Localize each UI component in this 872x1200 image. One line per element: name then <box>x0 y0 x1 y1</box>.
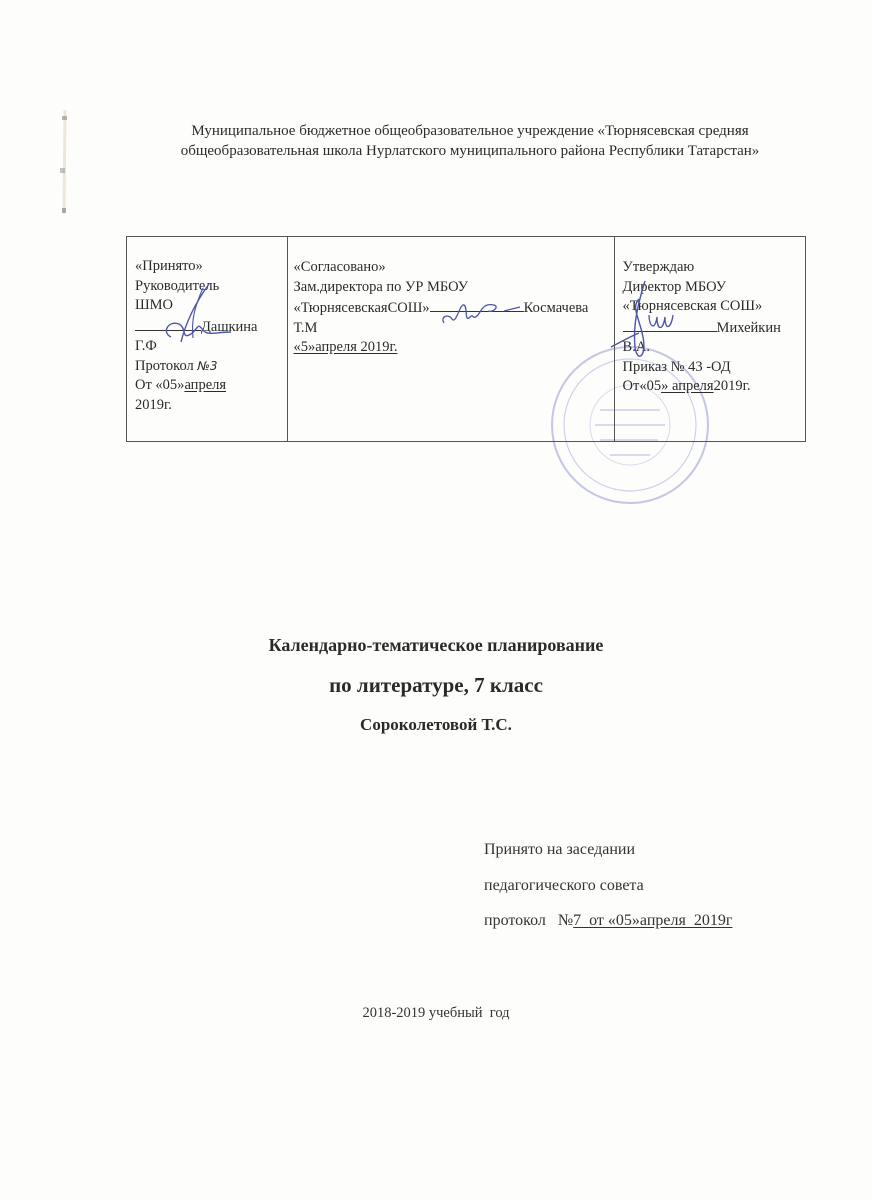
signature-blank <box>430 297 524 312</box>
cell-accepted: «Принято» Руководитель ШМО Дашкина Г.Ф П… <box>127 237 287 441</box>
approved-role: Директор МБОУ <box>623 278 805 298</box>
agreed-org: «ТюрнясевскаяСОШ» <box>294 300 430 316</box>
accepted-date: От «05»апреля <box>135 376 287 396</box>
approved-name: Михейкин <box>717 320 781 336</box>
council-protocol-date: 7 от «05»апреля 2019г <box>573 912 732 929</box>
scan-artifact-mark <box>58 108 72 218</box>
signature-blank <box>135 316 201 331</box>
council-protocol-prefix: протокол № <box>484 912 573 929</box>
date-month: » апреля <box>661 378 713 394</box>
document-author: Сороколетовой Т.С. <box>0 715 872 735</box>
agreed-title: «Согласовано» <box>294 258 614 278</box>
accepted-initials: Г.Ф <box>135 337 287 357</box>
approved-org: «Тюрнясевская СОШ» <box>623 297 805 317</box>
accepted-role: Руководитель <box>135 277 287 297</box>
approval-table: «Принято» Руководитель ШМО Дашкина Г.Ф П… <box>126 236 806 442</box>
date-prefix: От«05 <box>623 378 662 394</box>
institution-header: Муниципальное бюджетное общеобразователь… <box>100 121 840 161</box>
signature-blank <box>623 317 717 332</box>
approved-initials: В.А. <box>623 338 805 358</box>
council-line-2: педагогического совета <box>484 877 644 895</box>
accepted-role-2: ШМО <box>135 296 287 316</box>
accepted-protocol: Протокол №3 <box>135 357 287 377</box>
approved-order: Приказ № 43 -ОД <box>623 358 805 378</box>
approved-title: Утверждаю <box>623 258 805 278</box>
document-title: Календарно-тематическое планирование <box>0 635 872 656</box>
approved-date: От«05» апреля2019г. <box>623 377 805 397</box>
protocol-label: Протокол <box>135 358 197 374</box>
accepted-name: Дашкина <box>201 319 258 335</box>
date-prefix: От «05» <box>135 377 184 393</box>
approved-signature-line: Михейкин <box>623 317 805 339</box>
council-line-1: Принято на заседании <box>484 841 635 859</box>
accepted-year: 2019г. <box>135 396 287 416</box>
school-year: 2018-2019 учебный год <box>0 1005 872 1022</box>
agreed-initials: Т.М <box>294 319 614 339</box>
council-line-3: протокол №7 от «05»апреля 2019г <box>484 912 732 930</box>
accepted-signature-line: Дашкина <box>135 316 287 338</box>
agreed-role: Зам.директора по УР МБОУ <box>294 278 614 298</box>
accepted-title: «Принято» <box>135 257 287 277</box>
agreed-date: «5»апреля 2019г. <box>294 338 614 358</box>
institution-line-2: общеобразовательная школа Нурлатского му… <box>100 141 840 161</box>
protocol-number: №3 <box>197 359 217 373</box>
document-subject: по литературе, 7 класс <box>0 673 872 698</box>
cell-agreed: «Согласовано» Зам.директора по УР МБОУ «… <box>287 237 614 441</box>
date-year: 2019г. <box>714 378 751 394</box>
date-month: апреля <box>184 377 226 393</box>
agreed-signature-line: «ТюрнясевскаяСОШ»Космачева <box>294 297 614 319</box>
institution-line-1: Муниципальное бюджетное общеобразователь… <box>100 121 840 141</box>
cell-approved: Утверждаю Директор МБОУ «Тюрнясевская СО… <box>614 237 805 441</box>
agreed-name: Космачева <box>524 300 589 316</box>
